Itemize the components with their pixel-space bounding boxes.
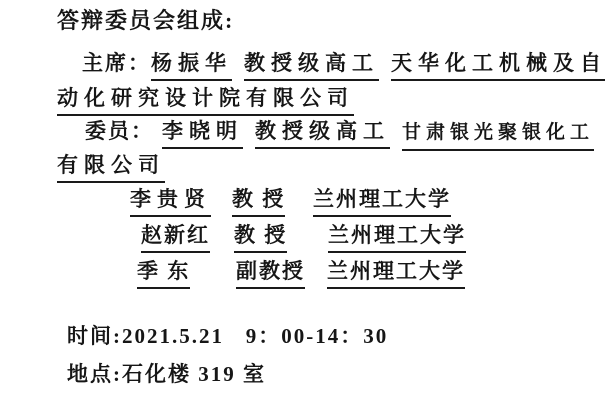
location-label: 地点:	[67, 362, 122, 386]
chair-affiliation-wrap-line: 动化研究设计院有限公司	[57, 84, 354, 116]
chair-affiliation-part2: 动化研究设计院有限公司	[57, 84, 354, 116]
location-line: 地点:石化楼 319 室	[67, 360, 266, 388]
member-2-job-title: 教 授	[232, 185, 285, 217]
time-label: 时间:	[67, 324, 122, 348]
member-4-name: 季 东	[137, 257, 190, 289]
member-3-name: 赵新红	[141, 221, 210, 253]
document-page: 答辩委员会组成: 主席：杨振华教授级高工天华化工机械及自 动化研究设计院有限公司…	[0, 0, 605, 394]
member-2-name: 李贵贤	[130, 185, 211, 217]
chair-label: 主席：	[82, 51, 151, 75]
chair-affiliation-part1: 天华化工机械及自	[391, 49, 605, 81]
member-1-affiliation-part1: 甘肃银光聚银化工	[402, 119, 594, 151]
member-line-1: 委员：李晓明教授级高工甘肃银光聚银化工	[85, 117, 594, 151]
chair-name: 杨振华	[151, 49, 232, 81]
member-1-affiliation-part2: 有限公司	[57, 151, 165, 183]
chair-job-title: 教授级高工	[244, 49, 379, 81]
time-value: 2021.5.21 9：00-14：30	[122, 324, 388, 348]
member-3-affiliation: 兰州理工大学	[328, 221, 466, 253]
member-3-job-title: 教 授	[234, 221, 287, 253]
member-2-affiliation: 兰州理工大学	[313, 185, 451, 217]
page-title: 答辩委员会组成:	[57, 7, 234, 35]
chair-line: 主席：杨振华教授级高工天华化工机械及自	[82, 49, 605, 81]
members-label: 委员：	[85, 119, 154, 143]
member-1-name: 李晓明	[162, 117, 243, 149]
member-1-affiliation-wrap-line: 有限公司	[57, 151, 165, 183]
location-value: 石化楼 319 室	[122, 362, 266, 386]
member-4-affiliation: 兰州理工大学	[327, 257, 465, 289]
member-1-job-title: 教授级高工	[255, 117, 390, 149]
member-4-job-title: 副教授	[236, 257, 305, 289]
time-line: 时间:2021.5.21 9：00-14：30	[67, 322, 388, 350]
